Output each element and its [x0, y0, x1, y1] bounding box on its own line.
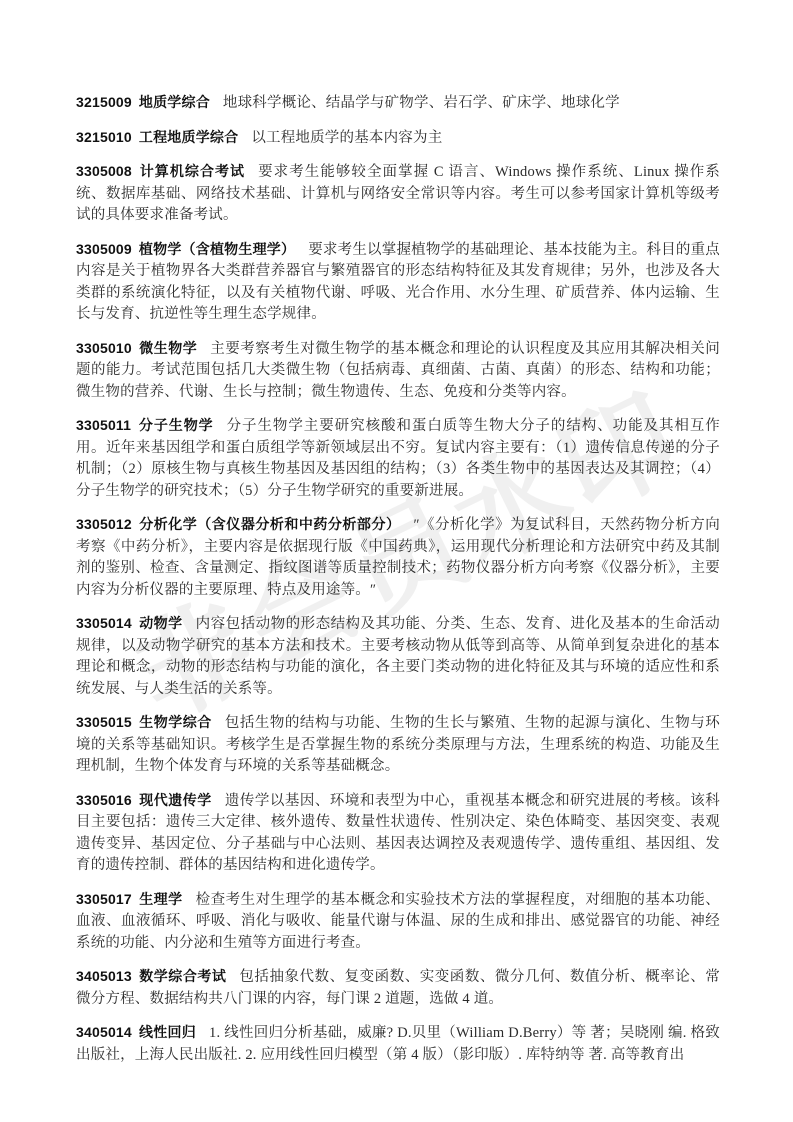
exam-subject-list: 3215009地质学综合地球科学概论、结晶学与矿物学、岩石学、矿床学、地球化学 … — [76, 92, 720, 1078]
exam-subject-entry: 3305016现代遗传学遗传学以基因、环境和表型为中心，重视基本概念和研究进展的… — [76, 790, 720, 877]
exam-subject-entry: 3305014动物学内容包括动物的形态结构及其功能、分类、生态、发育、进化及基本… — [76, 613, 720, 700]
exam-subject-entry: 3405014线性回归1. 线性回归分析基础，威廉? D.贝里（William … — [76, 1022, 720, 1066]
subject-title: 生物学综合 — [139, 714, 212, 730]
subject-code: 3305016 — [76, 792, 132, 808]
subject-title: 植物学（含植物生理学） — [139, 241, 295, 257]
subject-code: 3305017 — [76, 891, 132, 907]
subject-title: 数学综合考试 — [139, 968, 227, 984]
subject-code: 3305014 — [76, 615, 132, 631]
subject-title: 分子生物学 — [138, 417, 213, 433]
subject-code: 3305011 — [76, 417, 131, 433]
subject-title: 生理学 — [139, 891, 183, 907]
exam-subject-entry: 3305015生物学综合包括生物的结构与功能、生物的生长与繁殖、生物的起源与演化… — [76, 712, 720, 778]
subject-code: 3305012 — [76, 516, 132, 532]
exam-subject-entry: 3215009地质学综合地球科学概论、结晶学与矿物学、岩石学、矿床学、地球化学 — [76, 92, 720, 115]
subject-code: 3305010 — [76, 340, 132, 356]
subject-code: 3305008 — [76, 163, 132, 179]
subject-code: 3215009 — [76, 94, 132, 110]
exam-subject-entry: 3305012分析化学（含仪器分析和中药分析部分）″《分析化学》为复试科目，天然… — [76, 514, 720, 601]
subject-code: 3215010 — [76, 129, 132, 145]
subject-title: 线性回归 — [139, 1024, 196, 1040]
subject-title: 计算机综合考试 — [139, 163, 245, 179]
exam-subject-entry: 3305008计算机综合考试要求考生能够较全面掌握 C 语言、Windows 操… — [76, 161, 720, 227]
exam-subject-entry: 3305010微生物学主要考察考生对微生物学的基本概念和理论的认识程度及其应用其… — [76, 338, 720, 404]
subject-code: 3305009 — [76, 241, 132, 257]
subject-code: 3405013 — [76, 968, 132, 984]
subject-title: 地质学综合 — [139, 94, 210, 110]
exam-subject-entry: 3215010工程地质学综合以工程地质学的基本内容为主 — [76, 127, 720, 150]
exam-subject-entry: 3305009植物学（含植物生理学）要求考生以掌握植物学的基础理论、基本技能为主… — [76, 239, 720, 326]
subject-code: 3305015 — [76, 714, 132, 730]
document-page: 非会员水印 3215009地质学综合地球科学概论、结晶学与矿物学、岩石学、矿床学… — [0, 0, 793, 1122]
subject-title: 动物学 — [139, 615, 183, 631]
subject-code: 3405014 — [76, 1024, 132, 1040]
subject-title: 现代遗传学 — [139, 792, 212, 808]
subject-description: 以工程地质学的基本内容为主 — [251, 130, 442, 146]
subject-title: 分析化学（含仪器分析和中药分析部分） — [139, 516, 401, 532]
subject-description: 地球科学概论、结晶学与矿物学、岩石学、矿床学、地球化学 — [223, 95, 620, 111]
subject-title: 工程地质学综合 — [139, 129, 238, 145]
subject-title: 微生物学 — [139, 340, 197, 356]
exam-subject-entry: 3305011分子生物学分子生物学主要研究核酸和蛋白质等生物大分子的结构、功能及… — [76, 415, 720, 502]
exam-subject-entry: 3405013数学综合考试包括抽象代数、复变函数、实变函数、微分几何、数值分析、… — [76, 966, 720, 1010]
exam-subject-entry: 3305017生理学检查考生对生理学的基本概念和实验技术方法的掌握程度，对细胞的… — [76, 889, 720, 955]
